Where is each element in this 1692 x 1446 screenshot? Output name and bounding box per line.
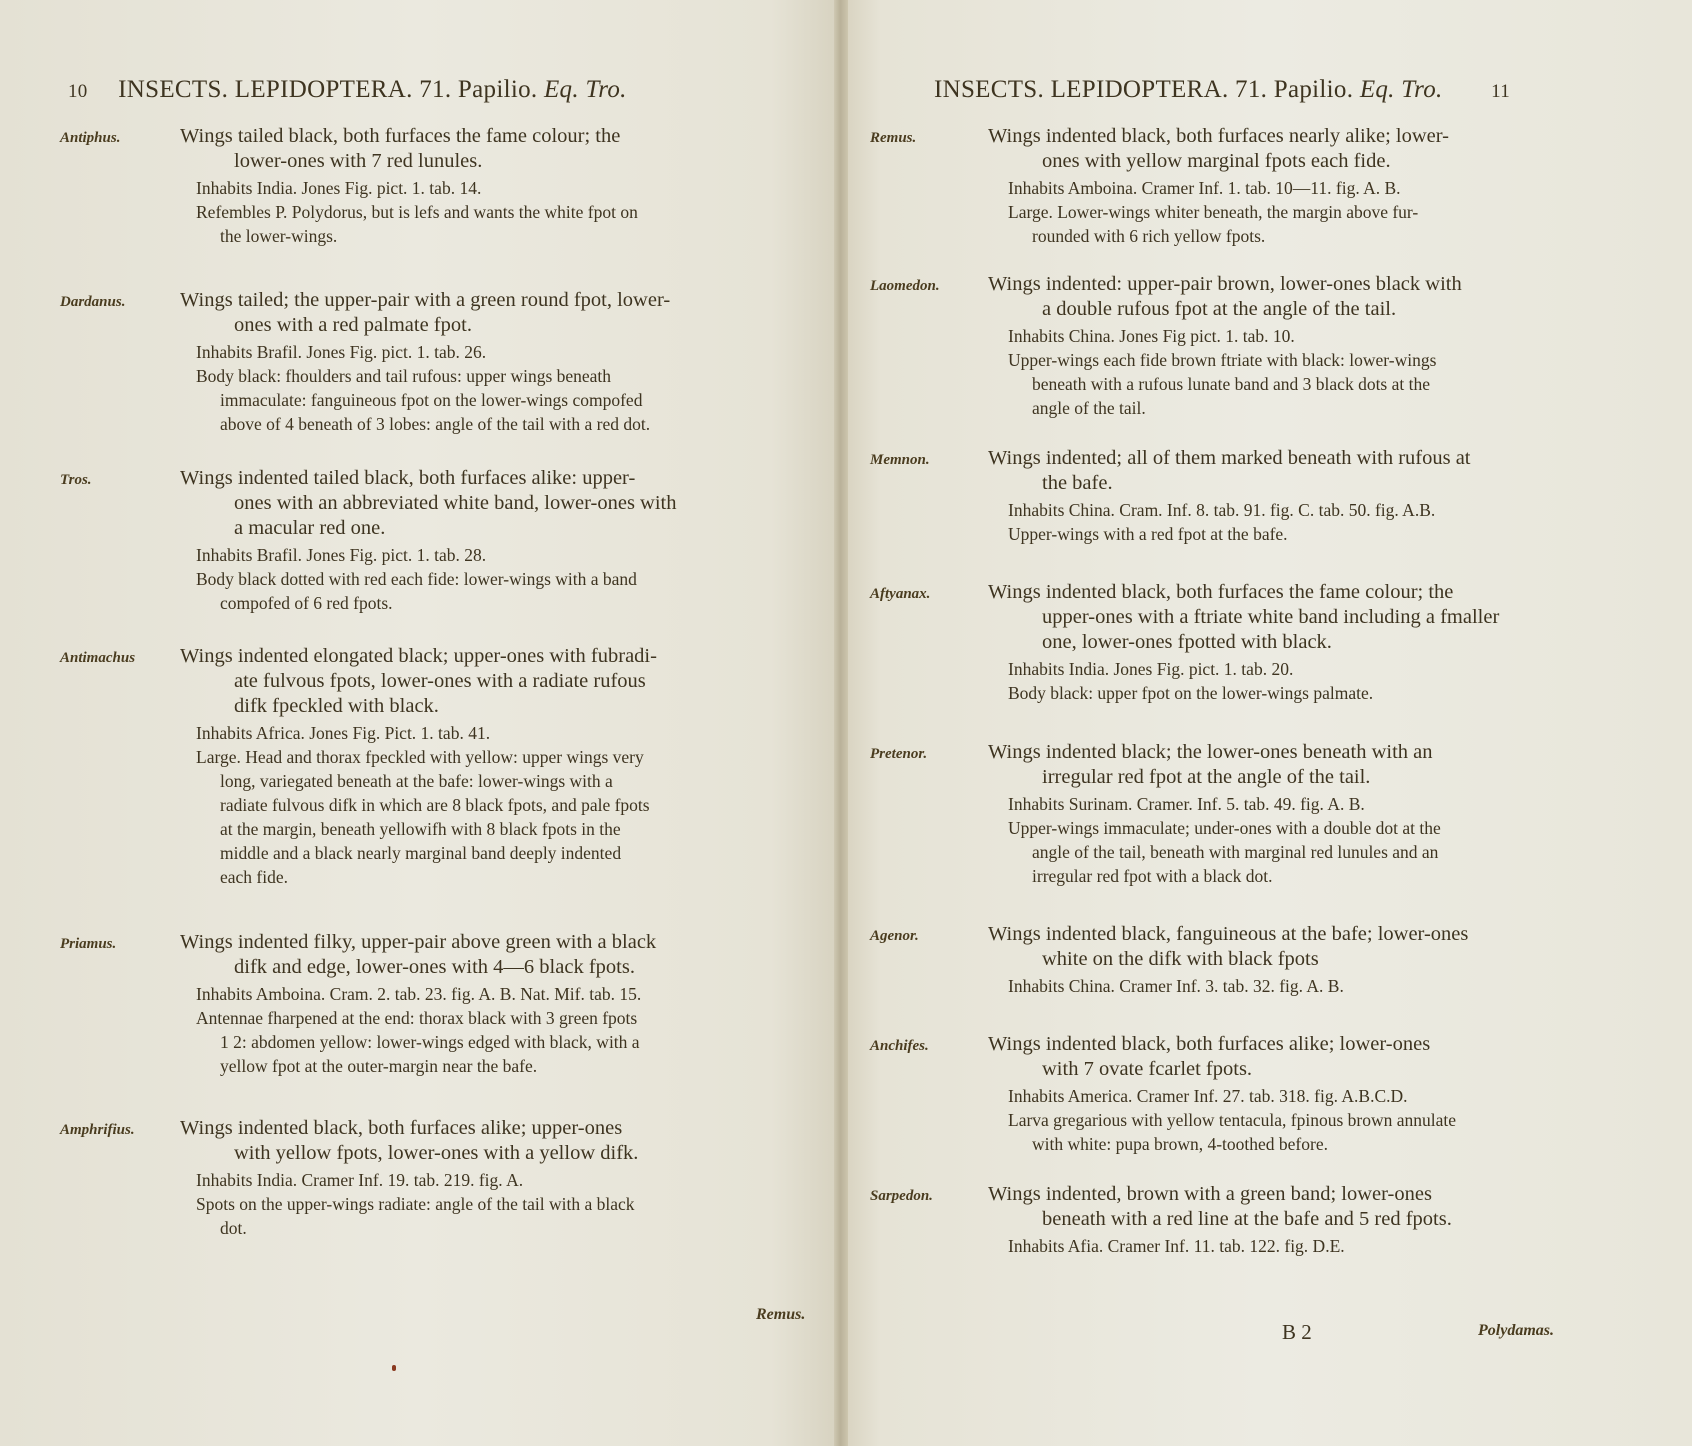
species-name: Priamus. [60,932,116,957]
note-line: Large. Head and thorax fpeckled with yel… [196,745,650,769]
species-name: Dardanus. [60,290,125,315]
species-description: Wings indented black; the lower-ones ben… [988,740,1433,790]
note-line: Refembles P. Polydorus, but is lefs and … [196,200,638,224]
species-name: Sarpedon. [870,1184,933,1209]
description-line: white on the difk with black fpots [988,947,1468,972]
running-head-section: Eq. Tro. [1360,76,1443,103]
description-line: one, lower-ones fpotted with black. [988,630,1499,655]
description-line: irregular red fpot at the angle of the t… [988,765,1433,790]
habitat-reference: Inhabits China. Jones Fig pict. 1. tab. … [1008,324,1436,348]
right-page: INSECTS. LEPIDOPTERA. 71. Papilio. Eq. T… [838,0,1692,1446]
description-line: Wings indented black, both furfaces the … [988,580,1499,605]
description-line: beneath with a red line at the bafe and … [988,1207,1452,1232]
species-description: Wings tailed black, both furfaces the fa… [180,124,620,174]
species-description: Wings indented black, both furfaces alik… [988,1032,1430,1082]
running-head-section: Eq. Tro. [544,76,627,103]
species-name: Aftyanax. [870,582,930,607]
description-line: Wings indented filky, upper-pair above g… [180,930,656,955]
note-line: radiate fulvous difk in which are 8 blac… [196,793,650,817]
catchword: Remus. [756,1306,805,1324]
note-line: yellow fpot at the outer-margin near the… [196,1054,641,1078]
species-notes: Inhabits China. Cramer Inf. 3. tab. 32. … [1008,974,1344,998]
description-line: ones with a red palmate fpot. [180,313,670,338]
description-line: Wings indented black, both furfaces alik… [988,1032,1430,1057]
species-notes: Inhabits India. Cramer Inf. 19. tab. 219… [196,1168,635,1240]
species-description: Wings indented; all of them marked benea… [988,446,1471,496]
species-description: Wings indented black, both furfaces alik… [180,1116,638,1166]
description-line: Wings indented black, fanguineous at the… [988,922,1468,947]
description-line: difk and edge, lower-ones with 4—6 black… [180,955,656,980]
species-name: Laomedon. [870,274,940,299]
species-description: Wings indented, brown with a green band;… [988,1182,1452,1232]
habitat-reference: Inhabits Brafil. Jones Fig. pict. 1. tab… [196,543,637,567]
note-line: beneath with a rufous lunate band and 3 … [1008,372,1436,396]
species-name: Remus. [870,126,916,151]
book-gutter [834,0,848,1446]
description-line: ate fulvous fpots, lower-ones with a rad… [180,669,657,694]
habitat-reference: Inhabits India. Jones Fig. pict. 1. tab.… [196,176,638,200]
species-notes: Inhabits Surinam. Cramer. Inf. 5. tab. 4… [1008,792,1441,888]
note-line: compofed of 6 red fpots. [196,591,637,615]
species-notes: Inhabits India. Jones Fig. pict. 1. tab.… [1008,657,1373,705]
description-line: a double rufous fpot at the angle of the… [988,297,1462,322]
note-line: above of 4 beneath of 3 lobes: angle of … [196,412,650,436]
species-notes: Inhabits China. Jones Fig pict. 1. tab. … [1008,324,1436,420]
note-line: irregular red fpot with a black dot. [1008,864,1441,888]
description-line: Wings indented: upper-pair brown, lower-… [988,272,1462,297]
species-description: Wings indented tailed black, both furfac… [180,466,677,541]
note-line: dot. [196,1216,635,1240]
left-page: 10 INSECTS. LEPIDOPTERA. 71. Papilio. Eq… [0,0,838,1446]
signature-mark: B 2 [1282,1320,1312,1345]
species-description: Wings indented black, both furfaces near… [988,124,1449,174]
species-notes: Inhabits Brafil. Jones Fig. pict. 1. tab… [196,340,650,436]
description-line: Wings tailed black, both furfaces the fa… [180,124,620,149]
species-notes: Inhabits China. Cram. Inf. 8. tab. 91. f… [1008,498,1435,546]
species-name: Tros. [60,468,92,493]
description-line: Wings indented black, both furfaces alik… [180,1116,638,1141]
description-line: ones with yellow marginal fpots each fid… [988,149,1449,174]
species-notes: Inhabits Amboina. Cramer Inf. 1. tab. 10… [1008,176,1418,248]
species-notes: Inhabits Afia. Cramer Inf. 11. tab. 122.… [1008,1234,1345,1258]
running-head-title: INSECTS. LEPIDOPTERA. 71. Papilio. [118,76,537,103]
species-description: Wings tailed; the upper-pair with a gree… [180,288,670,338]
description-line: upper-ones with a ftriate white band inc… [988,605,1499,630]
page-number: 10 [68,81,88,102]
note-line: at the margin, beneath yellowifh with 8 … [196,817,650,841]
note-line: long, variegated beneath at the bafe: lo… [196,769,650,793]
description-line: the bafe. [988,471,1471,496]
species-name: Pretenor. [870,742,927,767]
species-description: Wings indented black, both furfaces the … [988,580,1499,655]
species-name: Amphrifius. [60,1118,135,1143]
species-notes: Inhabits India. Jones Fig. pict. 1. tab.… [196,176,638,248]
note-line: Larva gregarious with yellow tentacula, … [1008,1108,1456,1132]
species-notes: Inhabits Africa. Jones Fig. Pict. 1. tab… [196,721,650,889]
book-spread: 10 INSECTS. LEPIDOPTERA. 71. Papilio. Eq… [0,0,1692,1446]
species-description: Wings indented: upper-pair brown, lower-… [988,272,1462,322]
species-name: Anchifes. [870,1034,929,1059]
note-line: the lower-wings. [196,224,638,248]
habitat-reference: Inhabits Surinam. Cramer. Inf. 5. tab. 4… [1008,792,1441,816]
left-running-head: 10 INSECTS. LEPIDOPTERA. 71. Papilio. Eq… [64,76,627,104]
habitat-reference: Inhabits China. Cram. Inf. 8. tab. 91. f… [1008,498,1435,522]
description-line: Wings indented tailed black, both furfac… [180,466,677,491]
note-line: Large. Lower-wings whiter beneath, the m… [1008,200,1418,224]
running-head-title: INSECTS. LEPIDOPTERA. 71. Papilio. [934,76,1353,103]
note-line: Antennae fharpened at the end: thorax bl… [196,1006,641,1030]
description-line: with 7 ovate fcarlet fpots. [988,1057,1430,1082]
note-line: rounded with 6 rich yellow fpots. [1008,224,1418,248]
note-line: angle of the tail. [1008,396,1436,420]
note-line: Body black: fhoulders and tail rufous: u… [196,364,650,388]
species-notes: Inhabits Brafil. Jones Fig. pict. 1. tab… [196,543,637,615]
catchword: Polydamas. [1478,1322,1554,1340]
description-line: Wings indented black, both furfaces near… [988,124,1449,149]
note-line: Body black dotted with red each fide: lo… [196,567,637,591]
habitat-reference: Inhabits China. Cramer Inf. 3. tab. 32. … [1008,974,1344,998]
note-line: immaculate: fanguineous fpot on the lowe… [196,388,650,412]
note-line: Spots on the upper-wings radiate: angle … [196,1192,635,1216]
note-line: each fide. [196,865,650,889]
note-line: 1 2: abdomen yellow: lower-wings edged w… [196,1030,641,1054]
note-line: Upper-wings immaculate; under-ones with … [1008,816,1441,840]
description-line: lower-ones with 7 red lunules. [180,149,620,174]
habitat-reference: Inhabits Brafil. Jones Fig. pict. 1. tab… [196,340,650,364]
page-number: 11 [1491,81,1510,102]
description-line: Wings indented elongated black; upper-on… [180,644,657,669]
description-line: Wings indented; all of them marked benea… [988,446,1471,471]
habitat-reference: Inhabits Afia. Cramer Inf. 11. tab. 122.… [1008,1234,1345,1258]
species-description: Wings indented elongated black; upper-on… [180,644,657,719]
habitat-reference: Inhabits Amboina. Cramer Inf. 1. tab. 10… [1008,176,1418,200]
note-line: with white: pupa brown, 4-toothed before… [1008,1132,1456,1156]
description-line: with yellow fpots, lower-ones with a yel… [180,1141,638,1166]
description-line: a macular red one. [180,516,677,541]
ink-speck [392,1365,396,1371]
species-name: Antimachus [60,646,135,671]
note-line: Upper-wings each fide brown ftriate with… [1008,348,1436,372]
description-line: Wings indented, brown with a green band;… [988,1182,1452,1207]
description-line: Wings tailed; the upper-pair with a gree… [180,288,670,313]
species-name: Antiphus. [60,126,120,151]
species-name: Memnon. [870,448,930,473]
species-notes: Inhabits America. Cramer Inf. 27. tab. 3… [1008,1084,1456,1156]
note-line: Upper-wings with a red fpot at the bafe. [1008,522,1435,546]
species-name: Agenor. [870,924,919,949]
species-description: Wings indented black, fanguineous at the… [988,922,1468,972]
right-running-head: INSECTS. LEPIDOPTERA. 71. Papilio. Eq. T… [934,76,1510,104]
species-notes: Inhabits Amboina. Cram. 2. tab. 23. fig.… [196,982,641,1078]
note-line: angle of the tail, beneath with marginal… [1008,840,1441,864]
note-line: middle and a black nearly marginal band … [196,841,650,865]
species-description: Wings indented filky, upper-pair above g… [180,930,656,980]
description-line: difk fpeckled with black. [180,694,657,719]
description-line: ones with an abbreviated white band, low… [180,491,677,516]
habitat-reference: Inhabits India. Jones Fig. pict. 1. tab.… [1008,657,1373,681]
habitat-reference: Inhabits Africa. Jones Fig. Pict. 1. tab… [196,721,650,745]
description-line: Wings indented black; the lower-ones ben… [988,740,1433,765]
habitat-reference: Inhabits Amboina. Cram. 2. tab. 23. fig.… [196,982,641,1006]
habitat-reference: Inhabits America. Cramer Inf. 27. tab. 3… [1008,1084,1456,1108]
note-line: Body black: upper fpot on the lower-wing… [1008,681,1373,705]
habitat-reference: Inhabits India. Cramer Inf. 19. tab. 219… [196,1168,635,1192]
